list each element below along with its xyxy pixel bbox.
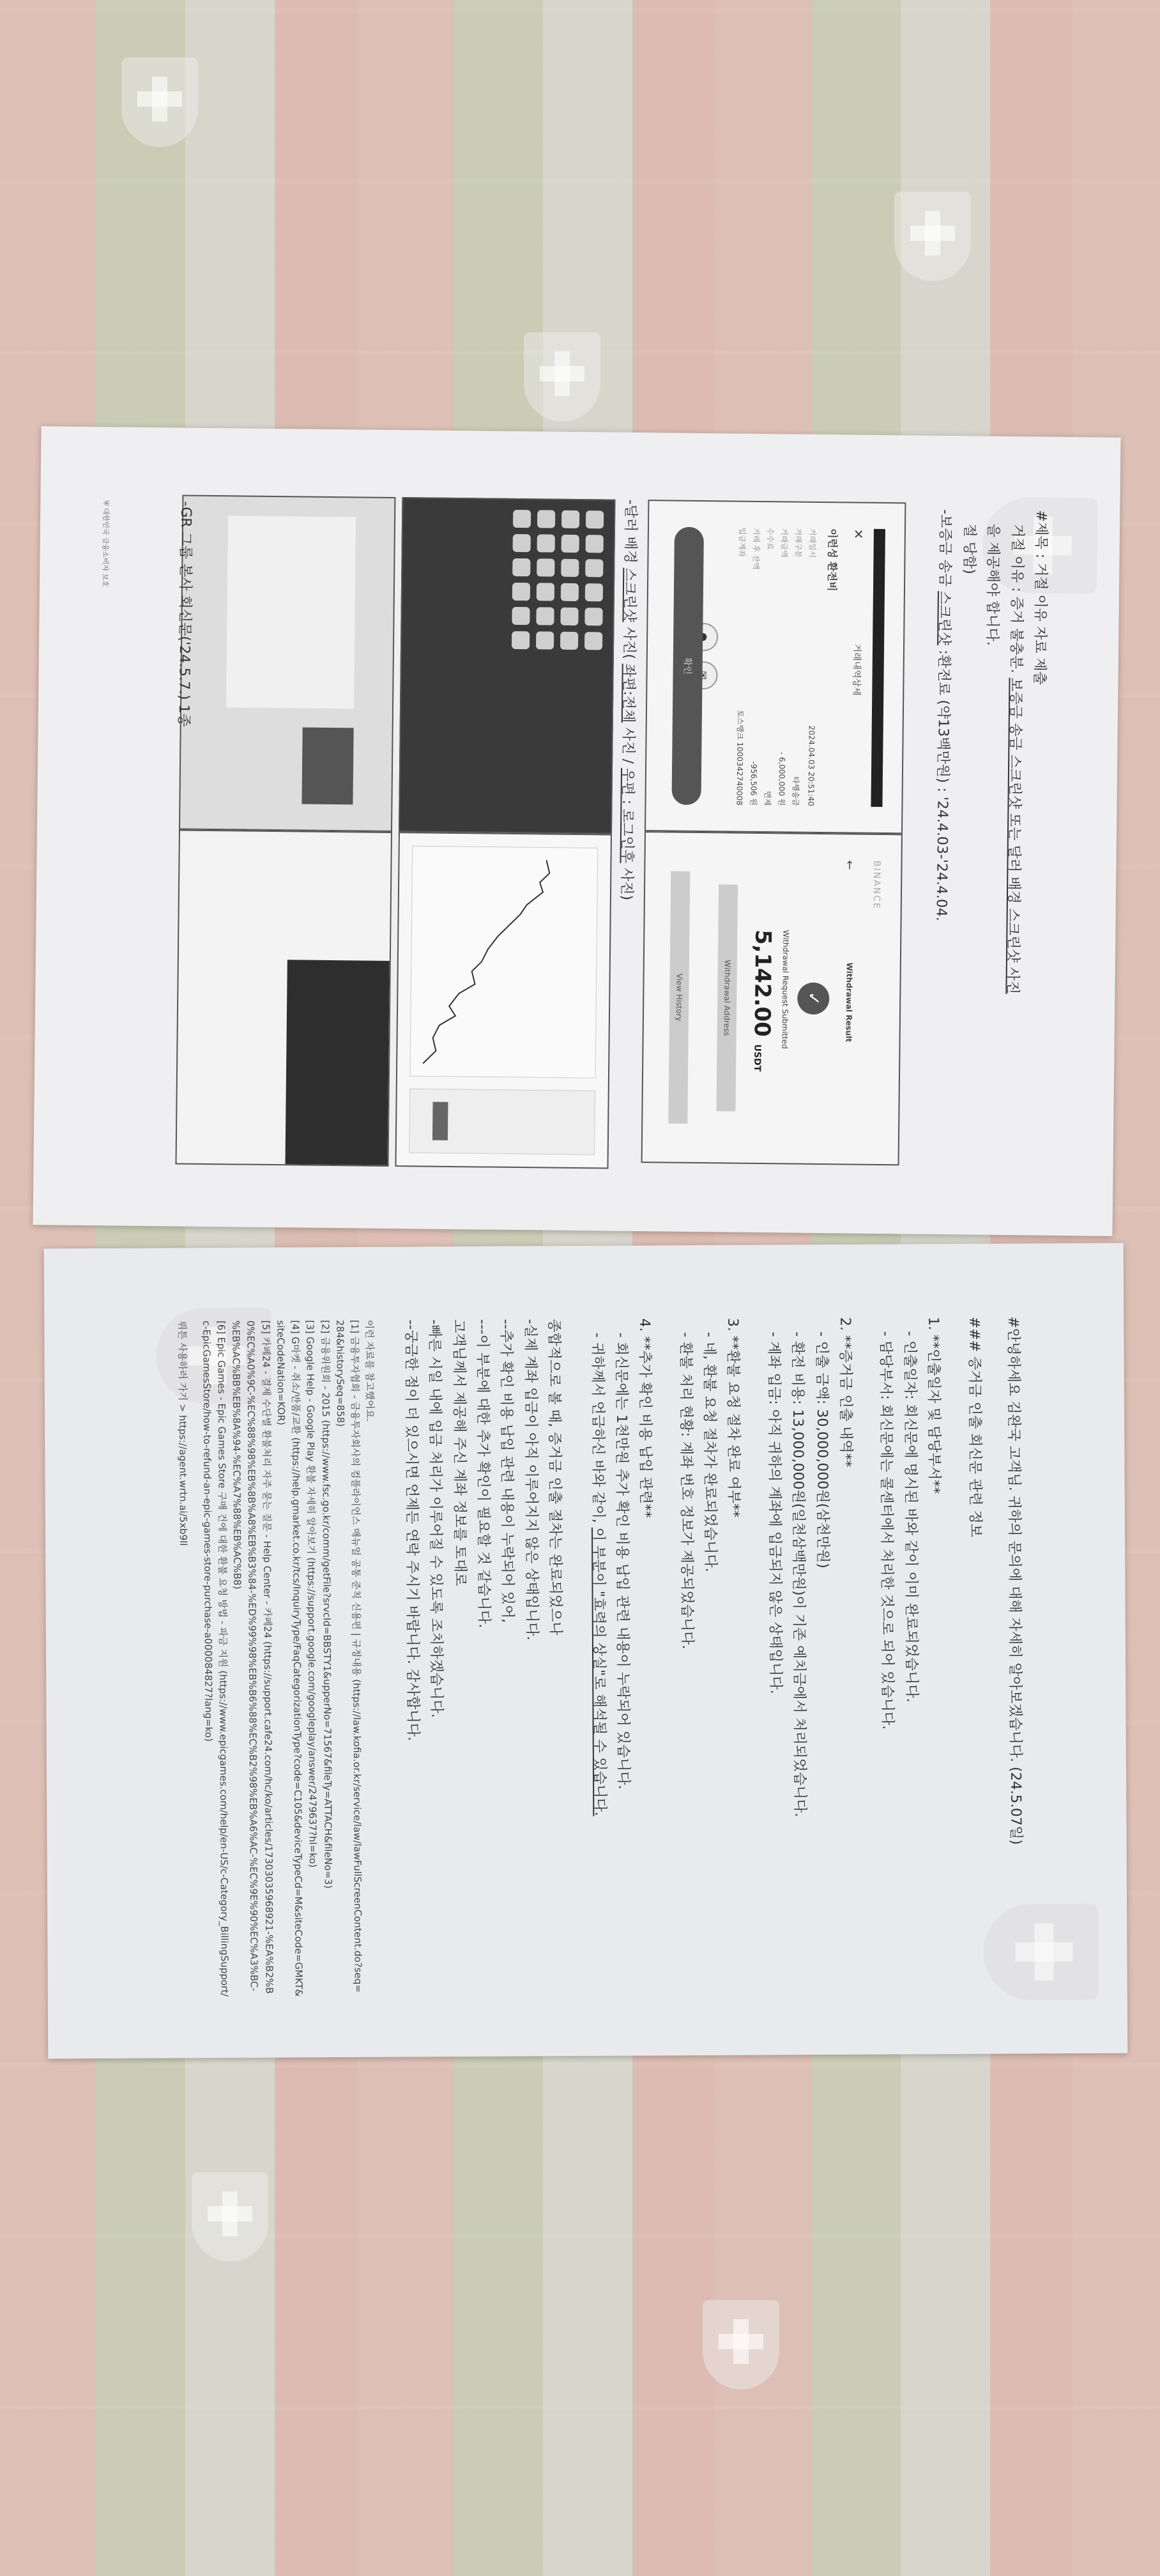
numbered-item: 4. **추가 확인 비용 납입 관련**- 회신문에는 1천만원 추가 확인 …: [584, 1318, 660, 1996]
item-bullet: - 인출일자: 회신문에 명시된 바와 같이 이미 완료되었습니다.: [897, 1317, 925, 1994]
status-bar: [871, 529, 885, 807]
price-chart-graphic: [397, 833, 611, 1167]
app-icon-grid: [512, 510, 604, 650]
item-bullet: - 환전 비용: 13,000,000원(일천삼백만원)이 기존 예치금에서 처…: [785, 1317, 813, 1995]
desktop-full-screenshot: [399, 497, 615, 834]
item-bullet: - 네, 환불 요청 절차가 완료되었습니다.: [697, 1318, 724, 1995]
numbered-item: 2. **증거금 인출 내역**- 인출 금액: 30,000,000원(삼천만…: [761, 1317, 860, 1995]
deposit-screenshots: ✕ 거래내역상세 이런성 환전비 거래일시2024.04.03 20:51:40…: [175, 495, 906, 1180]
item-bullet: - 담당부서: 회신문에는 콜센터에서 처리한 것으로 되어 있습니다.: [873, 1317, 901, 1994]
evidence-header: #제목 : 거절 이유 자료 제출 거절 이유 : 증거 불충분. 보증금 송금…: [926, 509, 1053, 1175]
tablecloth-pattern-shield: [894, 192, 971, 281]
summary-block: 종합적으로 볼 때, 증거금 인출 절차는 완료되었으나-실제 계좌 입금이 아…: [399, 1319, 569, 1997]
greeting: #안녕하세요 김완국 고객님. 귀하의 문의에 대해 자세히 알아보겠습니다. …: [1001, 1316, 1028, 1993]
transfer-row-label: 거래 후 잔액: [751, 528, 762, 570]
reply-letter-body: #안녕하세요 김완국 고객님. 귀하의 문의에 대해 자세히 알아보겠습니다. …: [174, 1316, 1028, 1998]
transfer-row-value: 타행송금: [790, 776, 801, 806]
item-heading: 4. **추가 확인 비용 납입 관련**: [632, 1318, 660, 1995]
binance-withdrawal-screenshot: BINANCE ← Withdrawal Result ✓ Withdrawal…: [641, 831, 903, 1165]
transfer-row-value: 면제: [762, 791, 773, 806]
gr-reply-caption: -GR 그룹 본사 회신문('24.5.7.) 1종: [175, 501, 197, 727]
view-history-button: View History: [668, 871, 690, 1124]
page-content-rotated: #안녕하세요 김완국 고객님. 귀하의 문의에 대해 자세히 알아보겠습니다. …: [66, 1265, 1105, 2037]
tablecloth-pattern-shield: [121, 57, 198, 147]
summary-line: ---이 부분에 대한 추가 확인이 필요할 것 같습니다.: [470, 1319, 498, 1997]
withdrawal-amount: 5,142.00 USDT: [749, 930, 775, 1072]
withdrawal-status: Withdrawal Request Submitted: [780, 930, 790, 1048]
summary-line: 종합적으로 볼 때, 증거금 인출 절차는 완료되었으나: [542, 1319, 569, 1996]
item-bullet: - 인출 금액: 30,000,000원(삼천만원): [809, 1317, 837, 1995]
transfer-row-label: 거래일시: [807, 528, 818, 558]
dollar-screenshots: [395, 497, 615, 1176]
brand-logo: BINANCE: [871, 861, 882, 910]
summary-line: --궁금한 점이 더 있으시면 언제든 연락 주시기 바랍니다. 감사합니다.: [399, 1319, 426, 1997]
screenshot-title: 이런성 환전비: [825, 528, 841, 592]
transfer-row-value: - 6,000,000 원: [776, 752, 788, 806]
browser-screenshots: [175, 495, 395, 1174]
close-icon: ✕: [851, 528, 866, 539]
tablecloth-pattern-shield: [524, 332, 600, 422]
shield-logo-icon: ⛨: [102, 500, 110, 505]
numbered-items: 1. **인출일자 및 담당부서**- 인출일자: 회신문에 명시된 바와 같이…: [584, 1317, 949, 1996]
item-bullet: - 회신문에는 1천만원 추가 확인 비용 납입 관련 내용이 누락되어 있습니…: [609, 1319, 636, 1996]
references-block: 이런 자료를 참고했어요. [1] 금융투자협회 - 금융투자회사의 컴플라이언…: [174, 1320, 380, 1998]
reference-item[interactable]: [5] 카페24 - 결제 수단별 환불처리 자주 묻는 질문 - Help C…: [228, 1321, 276, 1998]
dollar-screenshot-caption: -달러 배경 스크린샷 사진( 좌편:전체 사진 / 우편 : 로그인후 사진): [614, 500, 641, 1177]
back-arrow-icon: ←: [843, 860, 856, 870]
transfer-row-label: 거래구분: [793, 528, 804, 558]
summary-line: -실제 계좌 입금이 아직 이루어지지 않은 상태입니다.: [518, 1319, 546, 1996]
confirm-button: 확인: [671, 527, 704, 805]
item-heading: 2. **증거금 인출 내역**: [833, 1317, 860, 1995]
checkmark-icon: ✓: [797, 983, 830, 1015]
transfer-row-value: 토스뱅크 1000342740008: [734, 710, 746, 806]
page-content-rotated: #제목 : 거절 이유 자료 제출 거절 이유 : 증거 불충분. 보증금 송금…: [56, 449, 1098, 1214]
tablecloth-pattern-shield: [192, 2172, 268, 2262]
section-heading: ### 증거금 인출 회신문 관련 정보: [961, 1317, 989, 1994]
item-bullet: - 귀하께서 언급하신 바와 같이, 이 부분이 "효력의 상실"로 해석될 수…: [584, 1319, 612, 1996]
tablecloth-pattern-shield: [703, 2300, 779, 2389]
transfer-row-label: 거래금액: [779, 528, 790, 558]
footer-logo: ⛨ 대한민국 금융소비자 보호: [100, 500, 111, 587]
summary-line: -빠른 시일 내에 입금 처리가 이루어질 수 있도록 조치하겠습니다.: [422, 1319, 450, 1997]
numbered-item: 1. **인출일자 및 담당부서**- 인출일자: 회신문에 명시된 바와 같이…: [873, 1317, 949, 1995]
item-bullet: - 환불 처리 현황: 계좌 번호 정보가 제공되었습니다.: [673, 1318, 701, 1995]
withdrawal-address: Withdrawal Address: [716, 884, 738, 1111]
numbered-item: 3. **환불 요청 절차 완료 여부**- 네, 환불 요청 절차가 완료되었…: [673, 1318, 749, 1996]
references-list: [1] 금융투자협회 - 금융투자회사의 컴플라이언스 매뉴얼 공통 준칙 신용…: [199, 1320, 365, 1998]
summary-line: 고객님께서 제공해 주신 계좌 정보를 토대로: [446, 1319, 473, 1997]
withdrawal-header: Withdrawal Result: [844, 962, 854, 1042]
transfer-row-label: 수수료: [765, 528, 776, 550]
printed-page-reply-letter: #안녕하세요 김완국 고객님. 귀하의 문의에 대해 자세히 알아보겠습니다. …: [44, 1243, 1128, 2059]
item-heading: 1. **인출일자 및 담당부서**: [921, 1317, 949, 1994]
login-chart-screenshot: [395, 832, 611, 1169]
transfer-row-label: 입금계좌: [737, 528, 748, 558]
browser-screenshot-right: [176, 829, 392, 1166]
reference-item[interactable]: [1] 금융투자협회 - 금융투자회사의 컴플라이언스 매뉴얼 공통 준칙 신용…: [332, 1320, 365, 1997]
printed-page-evidence: #제목 : 거절 이유 자료 제출 거절 이유 : 증거 불충분. 보증금 송금…: [33, 426, 1121, 1236]
item-bullet: - 계좌 입금: 아직 귀하의 계좌에 입금되지 않은 상태입니다.: [761, 1317, 789, 1995]
item-heading: 3. **환불 요청 절차 완료 여부**: [721, 1318, 748, 1995]
browser-screenshot-left: [179, 495, 395, 832]
wrtn-link[interactable]: 뤼튼 사용하러 가기 > https://agent.wrtn.ai/5xb9l…: [174, 1321, 193, 1998]
summary-line: --추가 확인 비용 납입 관련 내용이 누락되어 있어,: [494, 1319, 521, 1997]
transfer-row-value: -956,506 원: [748, 761, 759, 806]
transfer-row-value: 2024.04.03 20:51:40: [806, 725, 816, 806]
reference-item[interactable]: [6] Epic Games - Epic Games Store 구매 건에 …: [199, 1321, 232, 1998]
screenshot-header: 거래내역상세: [850, 643, 864, 695]
transfer-detail-rows: 거래일시2024.04.03 20:51:40거래구분타행송금거래금액- 6,0…: [901, 503, 904, 832]
reference-item[interactable]: [4] G마켓 - 취소/반품/교환 (https://help.gmarket…: [273, 1320, 306, 1997]
bank-transfer-screenshot: ✕ 거래내역상세 이런성 환전비 거래일시2024.04.03 20:51:40…: [645, 500, 906, 834]
